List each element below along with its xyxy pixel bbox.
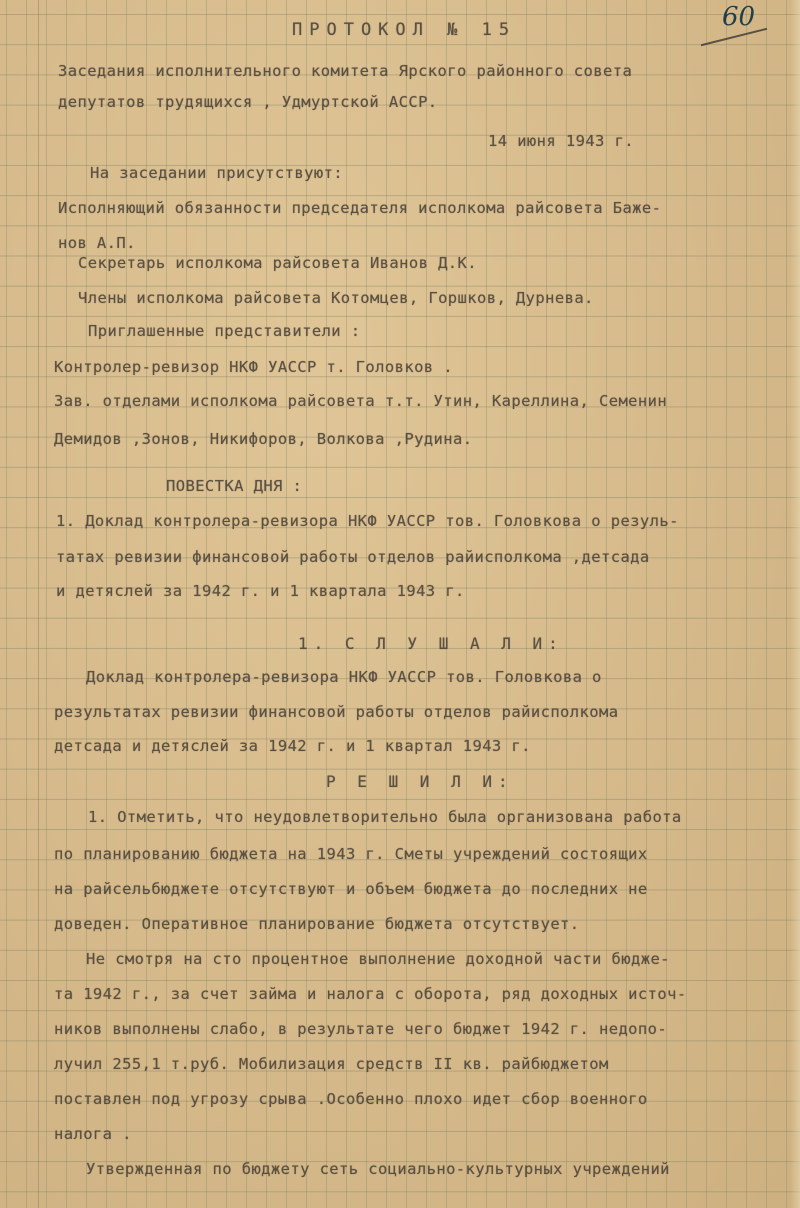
decided-line: Утвержденная по бюджету сеть социально-к… <box>86 1160 670 1178</box>
agenda-line: 1. Доклад контролера-ревизора НКФ УАССР … <box>56 512 679 530</box>
margin-line <box>38 0 39 1208</box>
attendance-heading: На заседании присутствуют: <box>90 164 343 182</box>
attendance-line: Члены исполкома райсовета Котомцев, Горш… <box>78 289 594 307</box>
agenda-line: и детяслей за 1942 г. и 1 квартала 1943 … <box>56 582 465 600</box>
decided-line: доведен. Оперативное планирование бюджет… <box>54 915 580 933</box>
agenda-line: татах ревизии финансовой работы отделов … <box>56 548 650 566</box>
invited-line: Контролер-ревизор НКФ УАССР т. Головков … <box>54 358 453 376</box>
decided-line: лучил 255,1 т.руб. Мобилизация средств I… <box>54 1055 609 1073</box>
decided-line: поставлен под угрозу срыва .Особенно пло… <box>54 1090 648 1108</box>
decided-line: налога . <box>54 1125 132 1143</box>
agenda-heading: ПОВЕСТКА ДНЯ : <box>166 477 302 495</box>
header-line-1: Заседания исполнительного комитета Ярско… <box>58 62 632 80</box>
attendance-line: Секретарь исполкома райсовета Иванов Д.К… <box>78 254 477 272</box>
heard-line: Доклад контролера-ревизора НКФ УАССР тов… <box>86 668 602 686</box>
document-date: 14 июня 1943 г. <box>488 132 634 150</box>
decided-line: ников выполнены слабо, в результате чего… <box>54 1020 667 1038</box>
decided-heading: Р Е Ш И Л И: <box>326 772 514 791</box>
attendance-line: нов А.П. <box>58 234 136 252</box>
heard-line: результатах ревизии финансовой работы от… <box>54 703 618 721</box>
decided-line: 1. Отметить, что неудовлетворительно был… <box>88 808 682 826</box>
decided-line: на райсельбюджете отсутствуют и объем бю… <box>54 880 648 898</box>
invited-line: Зав. отделами исполкома райсовета т.т. У… <box>54 392 667 410</box>
heard-line: детсада и детяслей за 1942 г. и 1 кварта… <box>54 737 531 755</box>
document-page: 60 ПРОТОКОЛ № 15 Заседания исполнительно… <box>0 0 800 1208</box>
heard-heading: 1. С Л У Ш А Л И: <box>298 634 564 653</box>
invited-line: Демидов ,Зонов, Никифоров, Волкова ,Руди… <box>54 430 472 448</box>
attendance-line: Исполняющий обязанности председателя исп… <box>58 199 661 217</box>
decided-line: та 1942 г., за счет займа и налога с обо… <box>54 985 687 1003</box>
decided-line: Не смотря на сто процентное выполнение д… <box>86 950 670 968</box>
header-line-2: депутатов трудящихся , Удмуртской АССР. <box>58 93 438 111</box>
folio-number: 60 <box>722 2 755 32</box>
paper-edge <box>790 0 800 1208</box>
decided-line: по планированию бюджета на 1943 г. Сметы… <box>54 845 648 863</box>
invited-heading: Приглашенные представители : <box>88 322 361 340</box>
document-title: ПРОТОКОЛ № 15 <box>292 20 516 40</box>
